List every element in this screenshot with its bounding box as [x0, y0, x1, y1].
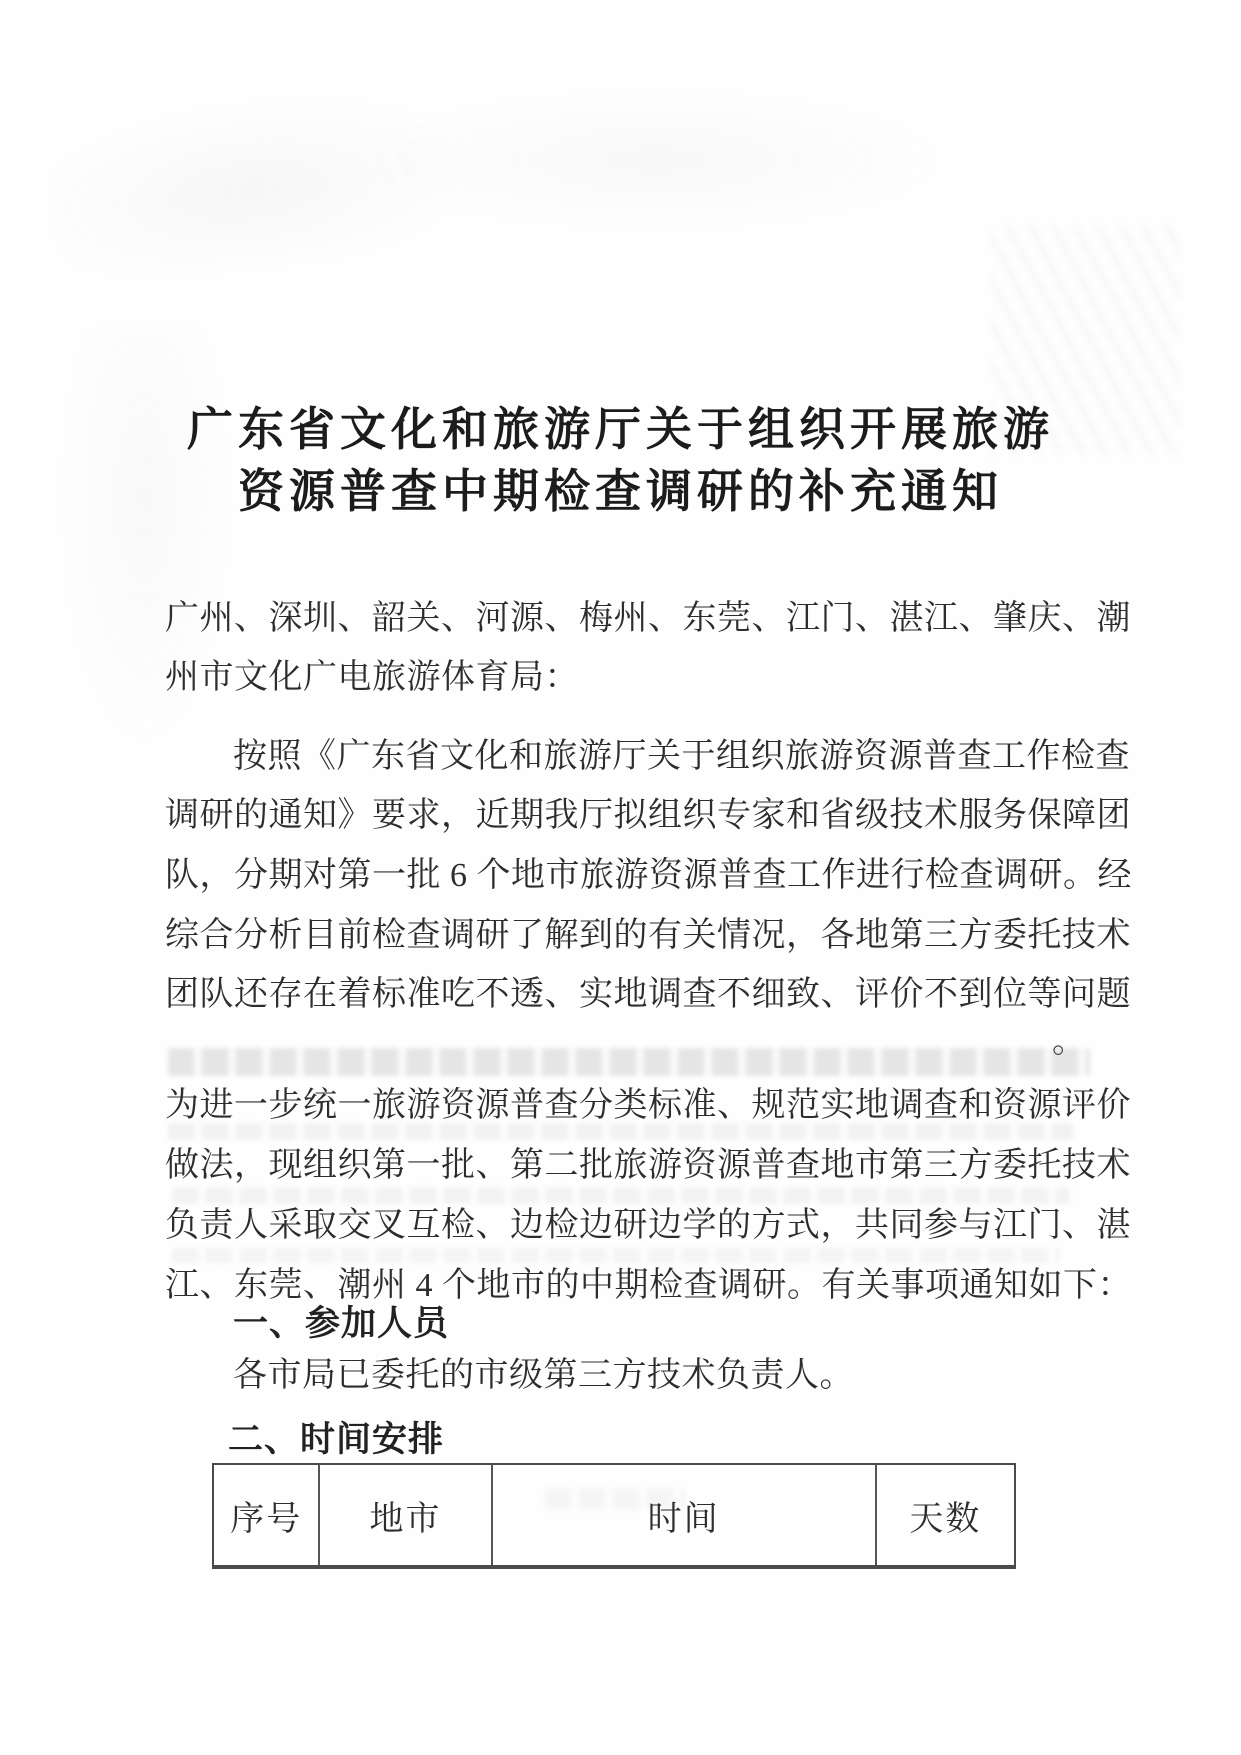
- paragraph-line: 按照《广东省文化和旅游厅关于组织旅游资源普查工作检查: [165, 733, 1095, 781]
- paragraph-line: 做法，现组织第一批、第二批旅游资源普查地市第三方委托技术: [165, 1142, 1095, 1190]
- table-header-city: 地市: [320, 1465, 492, 1565]
- table-header-label: 序号: [230, 1491, 302, 1540]
- scanned-notice-page: 广东省文化和旅游厅关于组织开展旅游 资源普查中期检查调研的补充通知 广州、深圳、…: [0, 0, 1241, 1755]
- table-header-label: 时间: [648, 1491, 720, 1540]
- table-header-time: 时间: [493, 1465, 877, 1565]
- table-header-label: 地市: [370, 1491, 442, 1540]
- section-heading-schedule: 二、时间安排: [228, 1418, 444, 1462]
- stray-period: 。: [1052, 1022, 1086, 1062]
- document-title-line-2: 资源普查中期检查调研的补充通知: [0, 466, 1241, 518]
- table-header-days: 天数: [877, 1465, 1014, 1565]
- paragraph-line: 调研的通知》要求，近期我厅拟组织专家和省级技术服务保障团: [165, 792, 1095, 840]
- bleedthrough-line: [168, 1048, 1090, 1076]
- salutation-line-1: 广州、深圳、韶关、河源、梅州、东莞、江门、湛江、肇庆、潮: [165, 595, 1095, 643]
- salutation-line-2: 州市文化广电旅游体育局：: [165, 654, 1095, 702]
- section-heading-participants: 一、参加人员: [233, 1302, 449, 1346]
- scan-smudge: [370, 95, 940, 225]
- section-body-participants: 各市局已委托的市级第三方技术负责人。: [165, 1352, 1095, 1400]
- bleedthrough-line: [172, 1248, 1060, 1263]
- scan-smudge: [47, 74, 493, 285]
- paragraph-line: 团队还存在着标准吃不透、实地调查不细致、评价不到位等问题: [165, 971, 1095, 1019]
- paragraph-line: 综合分析目前检查调研了解到的有关情况，各地第三方委托技术: [165, 912, 1095, 960]
- schedule-table: 序号 地市 时间 天数: [212, 1463, 1016, 1569]
- table-header-number: 序号: [214, 1465, 320, 1565]
- paragraph-line: 队，分期对第一批 6 个地市旅游资源普查工作进行检查调研。经: [165, 852, 1095, 900]
- document-title-line-1: 广东省文化和旅游厅关于组织开展旅游: [0, 404, 1241, 456]
- table-header-label: 天数: [909, 1491, 981, 1540]
- paragraph-line: 负责人采取交叉互检、边检边研边学的方式，共同参与江门、湛: [165, 1202, 1095, 1250]
- paragraph-line: 为进一步统一旅游资源普查分类标准、规范实地调查和资源评价: [165, 1082, 1095, 1130]
